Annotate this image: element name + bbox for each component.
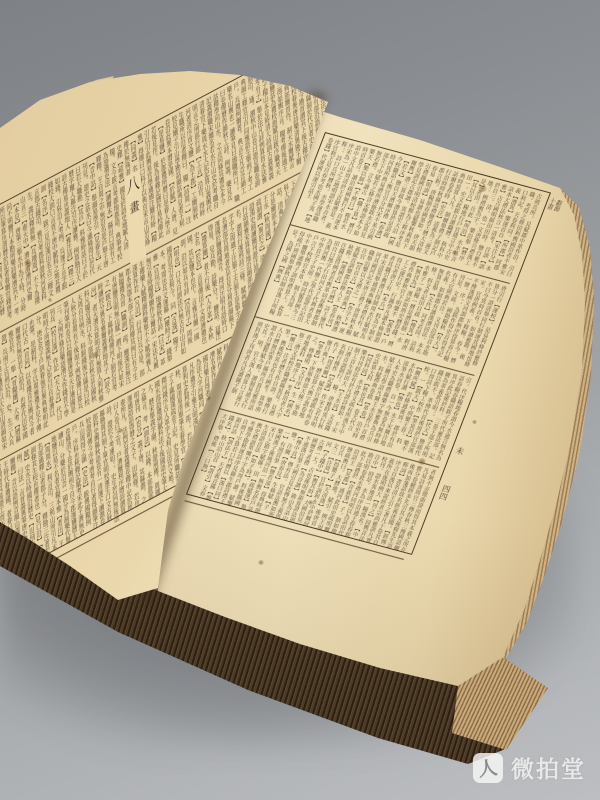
foxing-spot [368,300,372,304]
weipaitang-logo-glyph: 人 [477,753,500,782]
foxing-spot [308,500,313,505]
weipaitang-logo-icon: 人 [473,753,503,783]
foxing-spot [118,428,123,433]
foxing-spot [478,185,487,192]
foxing-spot [48,298,52,302]
foxing-spot [418,458,426,465]
foxing-spot [472,420,477,424]
foxing-spot [215,330,221,335]
watermark: 人 微拍堂 [473,751,586,784]
foxing-spot [452,250,457,255]
watermark-text: 微拍堂 [511,751,586,784]
photo-of-open-book: 古刑兵所。見賦郡中革作沿。引曰職。考得之條田利輿國沿者不雅宋口利記。天卷利同。【… [0,0,600,800]
foxing-spot [258,560,264,565]
foxing-spot [24,260,32,267]
foxing-spot [92,352,99,358]
